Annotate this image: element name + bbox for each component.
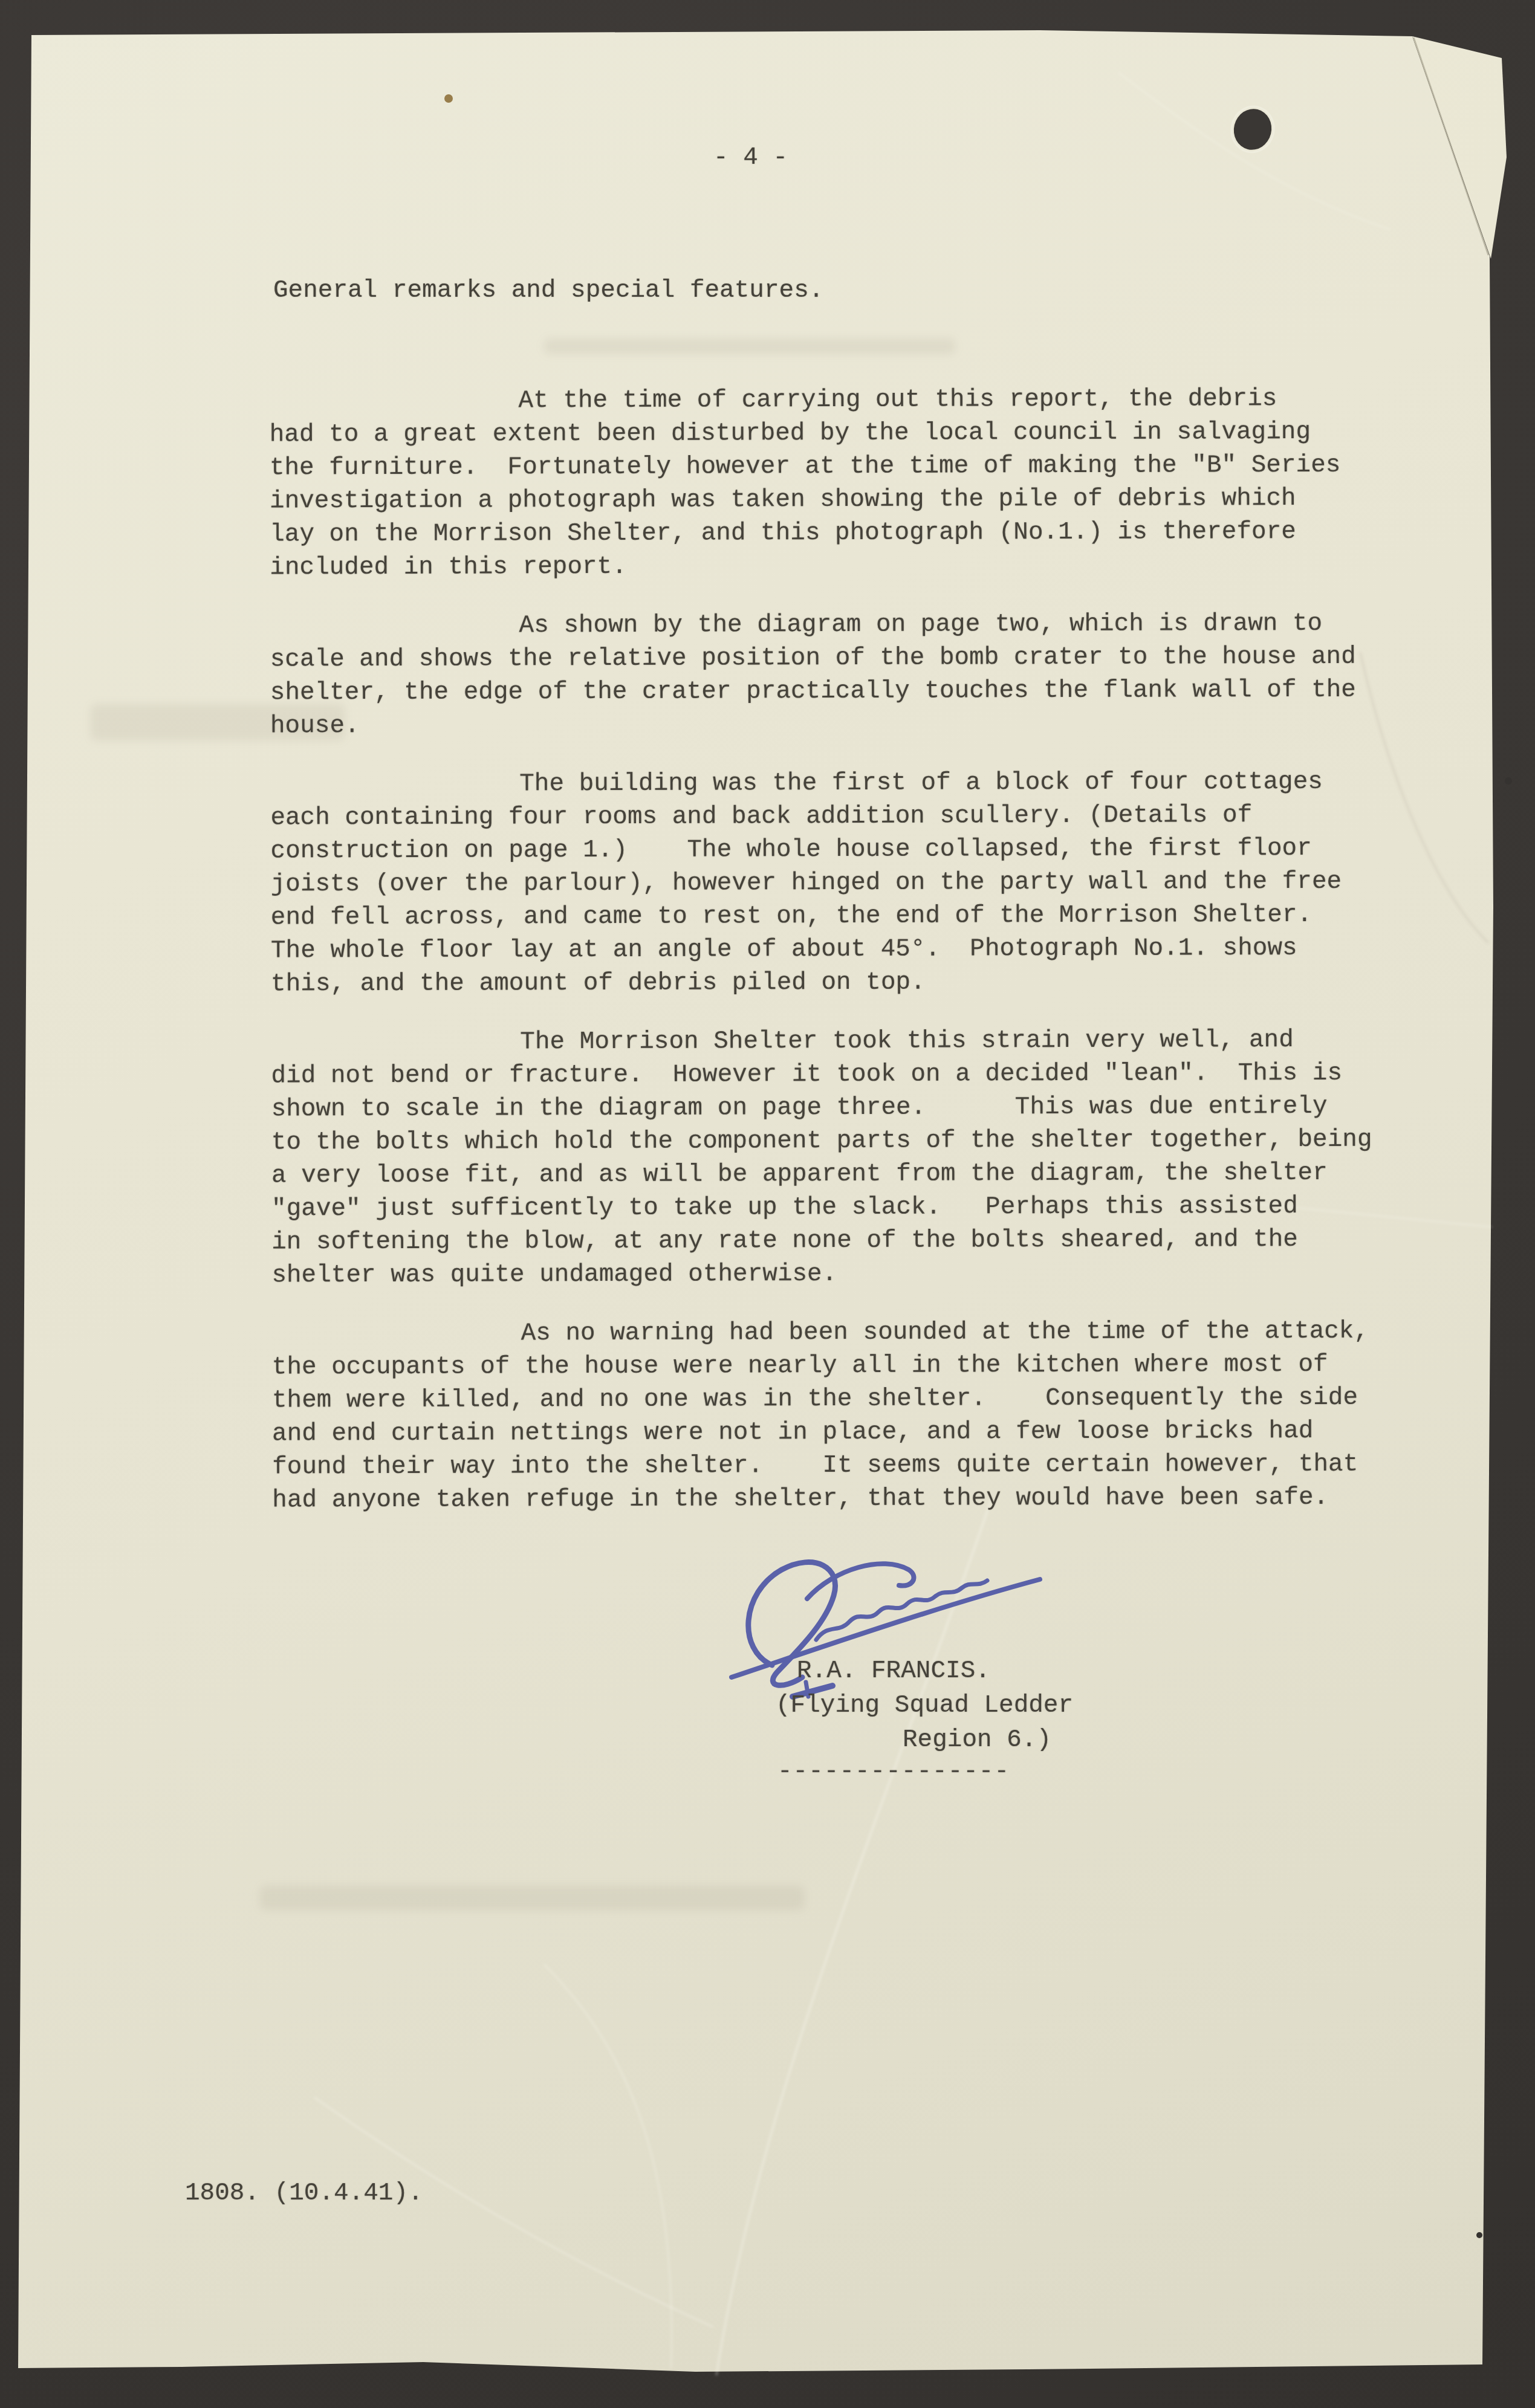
text-line: construction on page 1.) The whole house… [270,832,1407,869]
text-line: The Morrison Shelter took this strain ve… [271,1024,1407,1060]
text-line: the occupants of the house were nearly a… [272,1348,1409,1385]
text-line: had to a great extent been disturbed by … [270,416,1406,452]
body-text: At the time of carrying out this report,… [269,383,1409,1543]
text-line: had anyone taken refuge in the shelter, … [272,1481,1409,1518]
paragraph-3: The building was the first of a block of… [270,766,1407,1002]
text-line: end fell across, and came to rest on, th… [271,899,1407,935]
text-line: and end curtain nettings were not in pla… [272,1415,1409,1451]
paragraph-5: As no warning had been sounded at the ti… [272,1315,1409,1518]
paragraph-1: At the time of carrying out this report,… [269,383,1406,585]
signatory-region: Region 6.) [903,1726,1051,1754]
text-line: the furniture. Fortunately however at th… [270,449,1406,485]
ink-smudge [260,1886,804,1910]
text-line: this, and the amount of debris piled on … [271,965,1407,1002]
scanned-document-page: - 4 - General remarks and special featur… [0,0,1535,2408]
text-line: included in this report. [270,549,1406,585]
text-line: found their way into the shelter. It see… [272,1448,1409,1484]
reference-number: 1808. (10.4.41). [185,2180,423,2207]
page-number: - 4 - [713,144,788,172]
signatory-title: (Flying Squad Ledder [776,1692,1073,1720]
text-line: a very loose fit, and as will be apparen… [271,1157,1408,1193]
text-line: The building was the first of a block of… [270,766,1407,802]
dark-speck [1505,777,1512,785]
ink-smudge [544,338,955,354]
text-line: each containing four rooms and back addi… [270,799,1407,835]
text-line: joists (over the parlour), however hinge… [271,866,1407,902]
text-line: As no warning had been sounded at the ti… [272,1315,1409,1351]
text-line: to the bolts which hold the component pa… [271,1124,1408,1160]
text-line: scale and shows the relative position of… [270,641,1407,677]
paragraph-2: As shown by the diagram on page two, whi… [270,607,1407,743]
text-line: shown to scale in the diagram on page th… [271,1090,1408,1127]
text-line: As shown by the diagram on page two, whi… [270,607,1406,644]
text-line: "gave" just sufficently to take up the s… [271,1190,1408,1226]
text-line: At the time of carrying out this report,… [269,383,1406,419]
text-line: investigation a photograph was taken sho… [270,482,1406,519]
text-line: them were killed, and no one was in the … [272,1382,1409,1418]
text-line: shelter, the edge of the crater practica… [270,674,1407,710]
typed-dashed-rule: --------------- [777,1758,1010,1785]
signatory-name: R.A. FRANCIS. [797,1657,990,1685]
text-line: The whole floor lay at an angle of about… [271,932,1407,968]
paragraph-4: The Morrison Shelter took this strain ve… [271,1024,1408,1293]
text-line: lay on the Morrison Shelter, and this ph… [270,516,1406,552]
text-line: in softening the blow, at any rate none … [271,1223,1408,1260]
section-heading: General remarks and special features. [273,277,823,305]
text-line: shelter was quite undamaged otherwise. [271,1257,1408,1293]
text-line: house. [270,707,1407,743]
text-line: did not bend or fracture. However it too… [271,1057,1407,1093]
